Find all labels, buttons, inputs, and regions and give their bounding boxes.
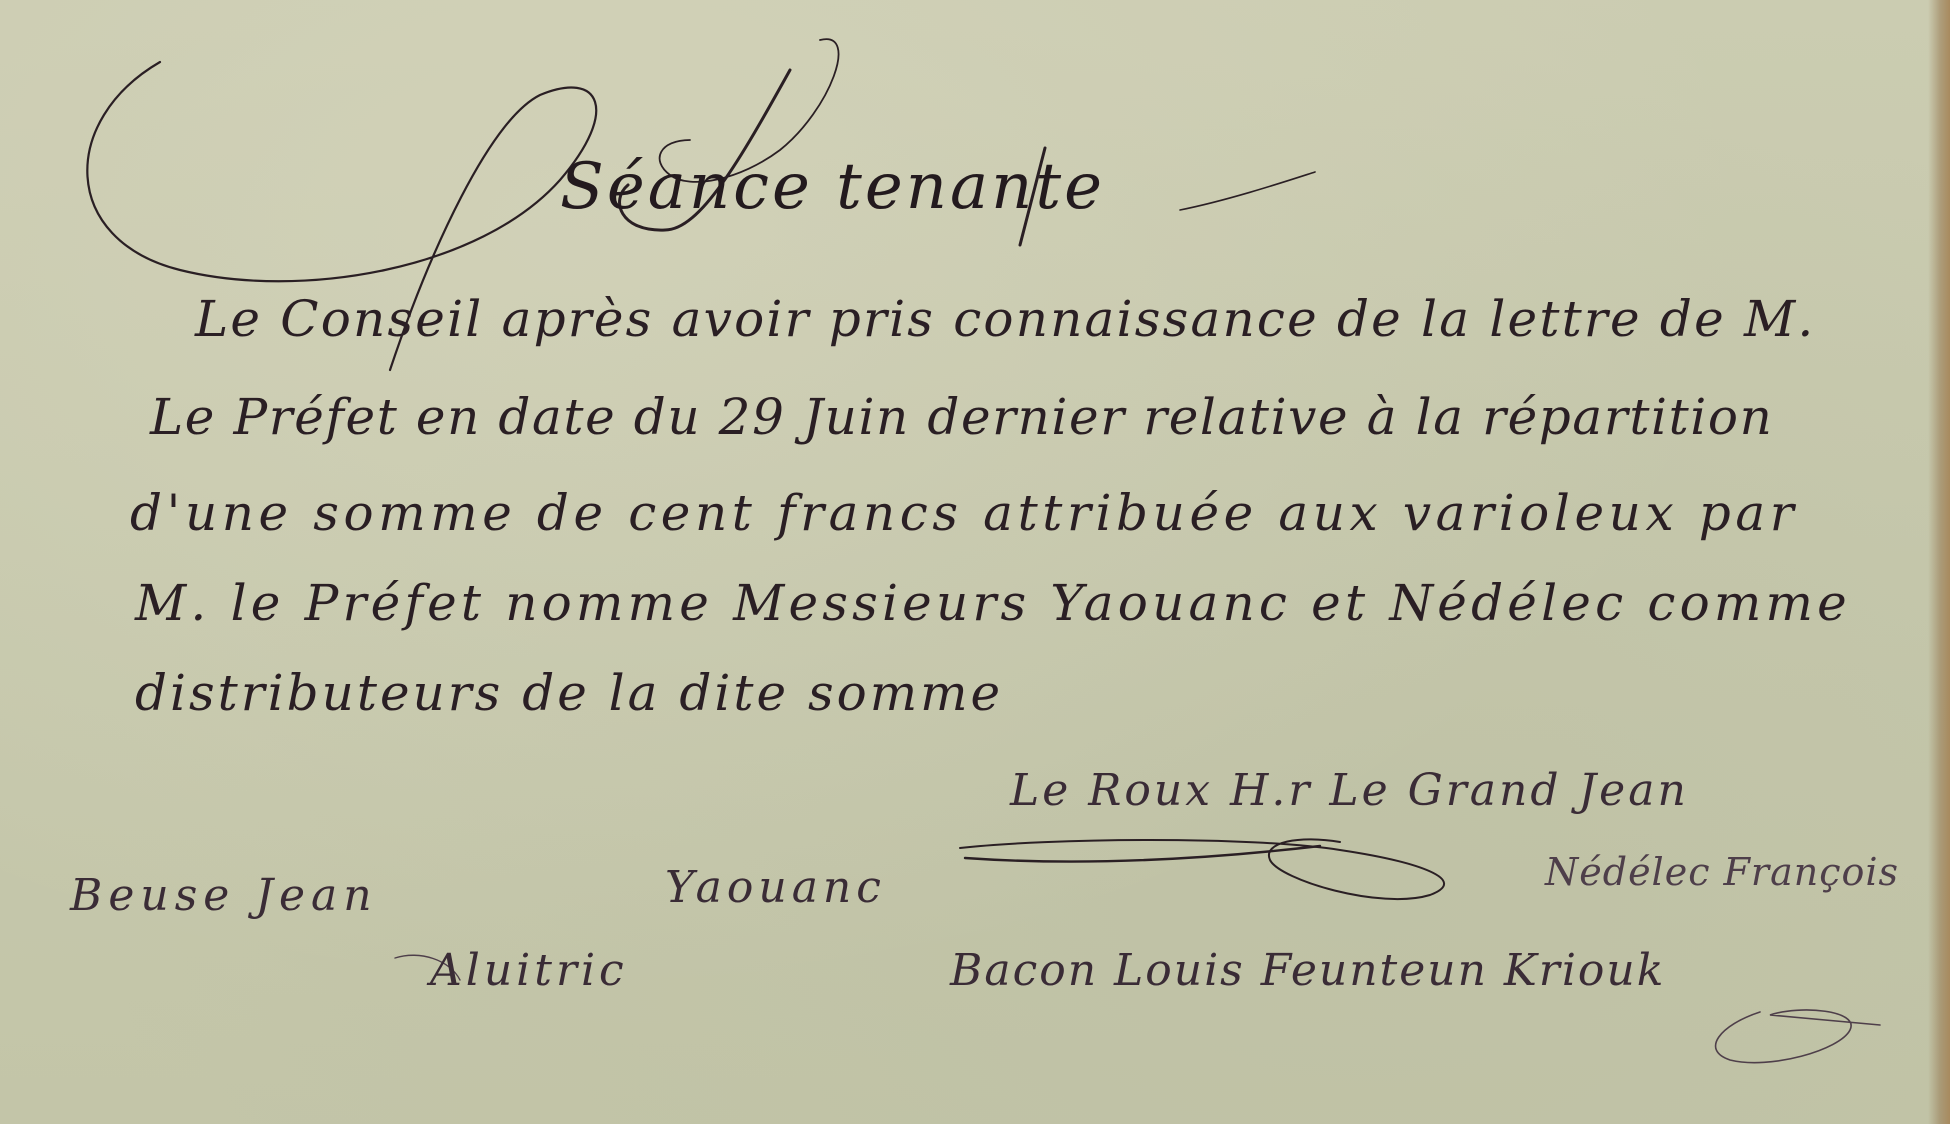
signature-beuse-jean: Beuse Jean bbox=[70, 870, 378, 921]
signature-nedelec-francois: Nédélec François bbox=[1545, 850, 1899, 894]
body-line-5: distributeurs de la dite somme bbox=[135, 664, 1003, 722]
body-line-1: Le Conseil après avoir pris connaissance… bbox=[195, 290, 1815, 348]
signature-yaouanc: Yaouanc bbox=[665, 862, 886, 913]
signature-bacon-louis-feunteun-kriouk: Bacon Louis Feunteun Kriouk bbox=[950, 945, 1665, 996]
body-line-3: d'une somme de cent francs attribuée aux… bbox=[130, 484, 1798, 542]
body-line-2: Le Préfet en date du 29 Juin dernier rel… bbox=[150, 388, 1773, 446]
signature-aluitric: Aluitric bbox=[430, 945, 628, 996]
signature-le-roux-le-grand-jean: Le Roux H.r Le Grand Jean bbox=[1010, 765, 1689, 816]
heading-seance-tenante: Séance tenante bbox=[560, 150, 1105, 224]
page-edge-stain bbox=[1928, 0, 1950, 1124]
body-line-4: M. le Préfet nomme Messieurs Yaouanc et … bbox=[135, 574, 1851, 632]
